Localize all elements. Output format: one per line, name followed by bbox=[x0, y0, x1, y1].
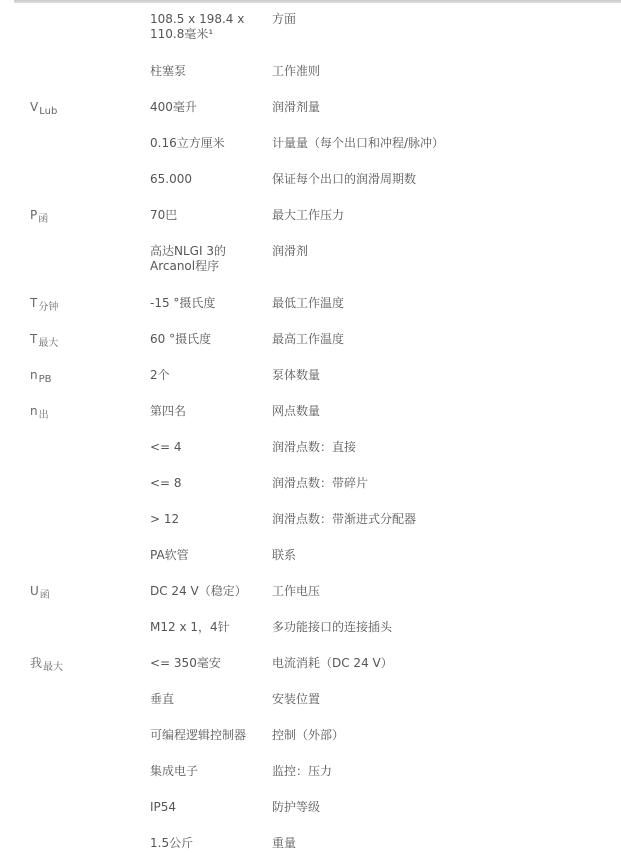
spec-description: 润滑点数：直接 bbox=[272, 440, 356, 455]
spec-symbol bbox=[30, 548, 31, 564]
spec-symbol bbox=[30, 764, 31, 780]
spec-description: 保证每个出口的润滑周期数 bbox=[272, 172, 416, 187]
spec-value: PA软管 bbox=[150, 548, 265, 563]
spec-value: 2个 bbox=[150, 368, 265, 383]
spec-symbol-subscript: 函 bbox=[38, 214, 48, 225]
spec-description: 工作电压 bbox=[272, 584, 320, 599]
spec-description: 监控：压力 bbox=[272, 764, 332, 779]
spec-description: 安装位置 bbox=[272, 692, 320, 707]
spec-description: 电流消耗（DC 24 V） bbox=[272, 656, 393, 671]
spec-symbol bbox=[30, 476, 31, 492]
spec-value: 柱塞泵 bbox=[150, 64, 265, 79]
spec-symbol-subscript: 出 bbox=[39, 410, 49, 421]
spec-symbol-main: n bbox=[30, 404, 38, 418]
spec-symbol-subscript: 最大 bbox=[38, 338, 58, 349]
spec-symbol bbox=[30, 728, 31, 744]
spec-symbol bbox=[30, 440, 31, 456]
spec-symbol: nPB bbox=[30, 368, 52, 384]
spec-symbol-subscript: 分钟 bbox=[38, 302, 58, 313]
spec-value: 第四名 bbox=[150, 404, 265, 419]
spec-value: 可编程逻辑控制器 bbox=[150, 728, 265, 743]
spec-description: 润滑点数：带渐进式分配器 bbox=[272, 512, 416, 527]
spec-symbol-main: T bbox=[30, 332, 37, 346]
spec-symbol: VLub bbox=[30, 100, 57, 116]
spec-description: 最低工作温度 bbox=[272, 296, 344, 311]
spec-description: 润滑点数：带碎片 bbox=[272, 476, 368, 491]
spec-symbol: T分钟 bbox=[30, 296, 58, 312]
spec-description: 重量 bbox=[272, 836, 296, 851]
spec-symbol-main: V bbox=[30, 100, 38, 114]
spec-symbol bbox=[30, 172, 31, 188]
spec-value: 集成电子 bbox=[150, 764, 265, 779]
spec-value: 垂直 bbox=[150, 692, 265, 707]
spec-value: <= 4 bbox=[150, 440, 265, 455]
spec-description: 工作准则 bbox=[272, 64, 320, 79]
spec-description: 计量量（每个出口和冲程/脉冲） bbox=[272, 136, 444, 151]
spec-symbol-main: U bbox=[30, 584, 39, 598]
spec-symbol bbox=[30, 136, 31, 152]
spec-value: 108.5 x 198.4 x 110.8毫米¹ bbox=[150, 12, 265, 42]
spec-description: 最高工作温度 bbox=[272, 332, 344, 347]
spec-description: 泵体数量 bbox=[272, 368, 320, 383]
spec-value: DC 24 V（稳定） bbox=[150, 584, 265, 599]
spec-description: 最大工作压力 bbox=[272, 208, 344, 223]
spec-symbol bbox=[30, 244, 31, 260]
spec-value: 高达NLGI 3的Arcanol程序 bbox=[150, 244, 265, 274]
spec-value: M12 x 1，4针 bbox=[150, 620, 265, 635]
spec-value: > 12 bbox=[150, 512, 265, 527]
spec-value: <= 350毫安 bbox=[150, 656, 265, 671]
spec-description: 润滑剂 bbox=[272, 244, 308, 259]
spec-symbol bbox=[30, 620, 31, 636]
spec-symbol-subscript: 最大 bbox=[43, 662, 63, 673]
spec-value: 400毫升 bbox=[150, 100, 265, 115]
spec-symbol-subscript: PB bbox=[39, 374, 52, 385]
spec-symbol-main: 我 bbox=[30, 656, 42, 670]
spec-symbol bbox=[30, 836, 31, 852]
spec-description: 联系 bbox=[272, 548, 296, 563]
spec-description: 防护等级 bbox=[272, 800, 320, 815]
spec-value: 60 °摄氏度 bbox=[150, 332, 265, 347]
spec-description: 方面 bbox=[272, 12, 296, 27]
spec-value: 1.5公斤 bbox=[150, 836, 265, 851]
spec-symbol: T最大 bbox=[30, 332, 58, 348]
spec-symbol bbox=[30, 800, 31, 816]
spec-symbol: n出 bbox=[30, 404, 49, 420]
spec-value: -15 °摄氏度 bbox=[150, 296, 265, 311]
spec-symbol bbox=[30, 64, 31, 80]
top-divider bbox=[14, 0, 621, 3]
spec-symbol bbox=[30, 692, 31, 708]
spec-symbol bbox=[30, 12, 31, 28]
spec-description: 控制（外部） bbox=[272, 728, 344, 743]
spec-value: IP54 bbox=[150, 800, 265, 815]
spec-description: 润滑剂量 bbox=[272, 100, 320, 115]
spec-value: 0.16立方厘米 bbox=[150, 136, 265, 151]
spec-value: 70巴 bbox=[150, 208, 265, 223]
spec-symbol-main: n bbox=[30, 368, 38, 382]
spec-symbol-main: T bbox=[30, 296, 37, 310]
spec-symbol: U函 bbox=[30, 584, 50, 600]
spec-description: 网点数量 bbox=[272, 404, 320, 419]
spec-symbol: 我最大 bbox=[30, 656, 63, 672]
spec-value: <= 8 bbox=[150, 476, 265, 491]
spec-symbol-main: P bbox=[30, 208, 37, 222]
spec-symbol-subscript: Lub bbox=[39, 106, 57, 117]
spec-value: 65.000 bbox=[150, 172, 265, 187]
spec-symbol: P函 bbox=[30, 208, 48, 224]
spec-symbol-subscript: 函 bbox=[40, 590, 50, 601]
spec-description: 多功能接口的连接插头 bbox=[272, 620, 392, 635]
spec-symbol bbox=[30, 512, 31, 528]
